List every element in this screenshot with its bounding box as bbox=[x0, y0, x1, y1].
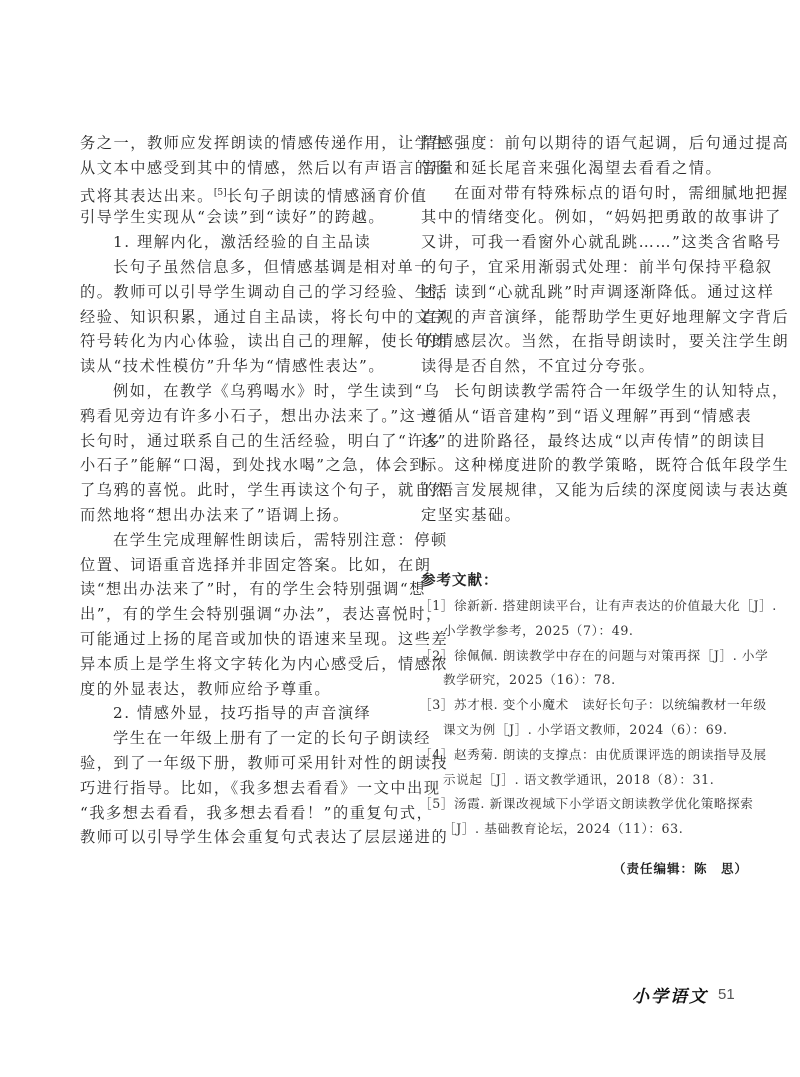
text-line: 务之一，教师应发挥朗读的情感传递作用，让学生 bbox=[80, 131, 382, 156]
text-line: 读“想出办法来了”时，有的学生会特别强调“想 bbox=[80, 577, 382, 602]
text-line: 在面对带有特殊标点的语句时，需细腻地把握 bbox=[421, 181, 723, 206]
right-column: 情感强度：前句以期待的语气起调，后句通过提高音量和延长尾音来强化渴望去看看之情。… bbox=[421, 131, 723, 528]
reference-continuation: 小学教学参考，2025（7）：49. bbox=[419, 619, 725, 644]
reference-item: ［1］徐新新. 搭建朗读平台，让有声表达的价值最大化［J］. bbox=[419, 594, 725, 619]
section-heading: 2. 情感外显，技巧指导的声音演绎 bbox=[80, 701, 382, 726]
text-line: 引导学生实现从“会读”到“读好”的跨越。 bbox=[80, 205, 382, 230]
text-line: 的。教师可以引导学生调动自己的学习经验、生活 bbox=[80, 280, 382, 305]
text-line: 位置、词语重音选择并非固定答案。比如，在朗 bbox=[80, 553, 382, 578]
reference-continuation: 课文为例［J］. 小学语文教师，2024（6）：69. bbox=[419, 718, 725, 743]
text-line: 又讲，可我一看窗外心就乱跳……”这类含省略号 bbox=[421, 230, 723, 255]
text-line: 式将其表达出来。[5]长句子朗读的情感涵育价值 bbox=[80, 181, 382, 206]
text-line: 长句朗读教学需符合一年级学生的认知特点， bbox=[421, 379, 723, 404]
text-line: 音量和延长尾音来强化渴望去看看之情。 bbox=[421, 156, 723, 181]
text-line: 鸦看见旁边有许多小石子，想出办法来了。”这一 bbox=[80, 404, 382, 429]
text-line: 遵循从“语音建构”到“语义理解”再到“情感表 bbox=[421, 404, 723, 429]
journal-name: 小学语文 bbox=[632, 982, 708, 1007]
text-line: 教师可以引导学生体会重复句式表达了层层递进的 bbox=[80, 825, 382, 850]
page-number: 51 bbox=[718, 986, 735, 1003]
text-line: 在学生完成理解性朗读后，需特别注意：停顿 bbox=[80, 528, 382, 553]
text-line: 的句子，宜采用渐弱式处理：前半句保持平稳叙 bbox=[421, 255, 723, 280]
references-title: 参考文献： bbox=[421, 569, 499, 590]
text-line: 异本质上是学生将文字转化为内心感受后，情感浓 bbox=[80, 652, 382, 677]
text-line: 从文本中感受到其中的情感，然后以有声语言的形 bbox=[80, 156, 382, 181]
text-line: 直观的声音演绎，能帮助学生更好地理解文字背后 bbox=[421, 305, 723, 330]
text-line: 经验、知识积累，通过自主品读，将长句中的文字 bbox=[80, 305, 382, 330]
text-line: 定坚实基础。 bbox=[421, 503, 723, 528]
text-segment: 式将其表达出来。 bbox=[80, 187, 214, 205]
text-line: 的情感层次。当然，在指导朗读时，要关注学生朗 bbox=[421, 329, 723, 354]
left-column: 务之一，教师应发挥朗读的情感传递作用，让学生从文本中感受到其中的情感，然后以有声… bbox=[80, 131, 382, 850]
text-line: 的语言发展规律，又能为后续的深度阅读与表达奠 bbox=[421, 478, 723, 503]
text-line: 长句子虽然信息多，但情感基调是相对单一 bbox=[80, 255, 382, 280]
section-heading: 1. 理解内化，激活经验的自主品读 bbox=[80, 230, 382, 255]
text-line: 度的外显表达，教师应给予尊重。 bbox=[80, 677, 382, 702]
text-line: 可能通过上扬的尾音或加快的语速来呈现。这些差 bbox=[80, 627, 382, 652]
text-line: 标。这种梯度进阶的教学策略，既符合低年段学生 bbox=[421, 453, 723, 478]
reference-item: ［3］苏才根. 变个小魔术 读好长句子：以统编教材一年级 bbox=[419, 693, 725, 718]
text-line: 了乌鸦的喜悦。此时，学生再读这个句子，就自然 bbox=[80, 478, 382, 503]
reference-item: ［2］徐佩佩. 朗读教学中存在的问题与对策再探［J］. 小学 bbox=[419, 644, 725, 669]
citation-marker: [5] bbox=[214, 188, 227, 198]
editor-note: （责任编辑：陈 思） bbox=[613, 859, 748, 877]
text-line: 巧进行指导。比如，《我多想去看看》一文中出现 bbox=[80, 776, 382, 801]
text-line: 长句时，通过联系自己的生活经验，明白了“许多 bbox=[80, 429, 382, 454]
text-segment: 长句子朗读的情感涵育价值 bbox=[227, 187, 428, 205]
text-line: 小石子”能解“口渴，到处找水喝”之急，体会到 bbox=[80, 453, 382, 478]
text-line: 达”的进阶路径，最终达成“以声传情”的朗读目 bbox=[421, 429, 723, 454]
text-line: 情感强度：前句以期待的语气起调，后句通过提高 bbox=[421, 131, 723, 156]
text-line: 例如，在教学《乌鸦喝水》时，学生读到“乌 bbox=[80, 379, 382, 404]
text-line: 述，读到“心就乱跳”时声调逐渐降低。通过这样 bbox=[421, 280, 723, 305]
references-list: ［1］徐新新. 搭建朗读平台，让有声表达的价值最大化［J］.小学教学参考，202… bbox=[419, 594, 725, 842]
reference-continuation: 教学研究，2025（16）：78. bbox=[419, 668, 725, 693]
reference-item: ［4］赵秀菊. 朗读的支撑点：由优质课评选的朗读指导及展 bbox=[419, 743, 725, 768]
text-line: 读得是否自然，不宜过分夸张。 bbox=[421, 354, 723, 379]
text-line: 出”，有的学生会特别强调“办法”，表达喜悦时， bbox=[80, 602, 382, 627]
text-line: 验，到了一年级下册，教师可采用针对性的朗读技 bbox=[80, 751, 382, 776]
reference-continuation: 示说起［J］. 语文教学通讯，2018（8）：31. bbox=[419, 768, 725, 793]
text-line: “我多想去看看，我多想去看看！”的重复句式， bbox=[80, 801, 382, 826]
text-line: 符号转化为内心体验，读出自己的理解，使长句朗 bbox=[80, 329, 382, 354]
text-line: 读从“技术性模仿”升华为“情感性表达”。 bbox=[80, 354, 382, 379]
text-line: 而然地将“想出办法来了”语调上扬。 bbox=[80, 503, 382, 528]
reference-item: ［5］汤霞. 新课改视域下小学语文朗读教学优化策略探索 bbox=[419, 792, 725, 817]
text-line: 其中的情绪变化。例如，“妈妈把勇敢的故事讲了 bbox=[421, 205, 723, 230]
page-footer: 小学语文 51 bbox=[632, 982, 735, 1007]
reference-continuation: ［J］. 基础教育论坛，2024（11）：63. bbox=[419, 817, 725, 842]
text-line: 学生在一年级上册有了一定的长句子朗读经 bbox=[80, 726, 382, 751]
